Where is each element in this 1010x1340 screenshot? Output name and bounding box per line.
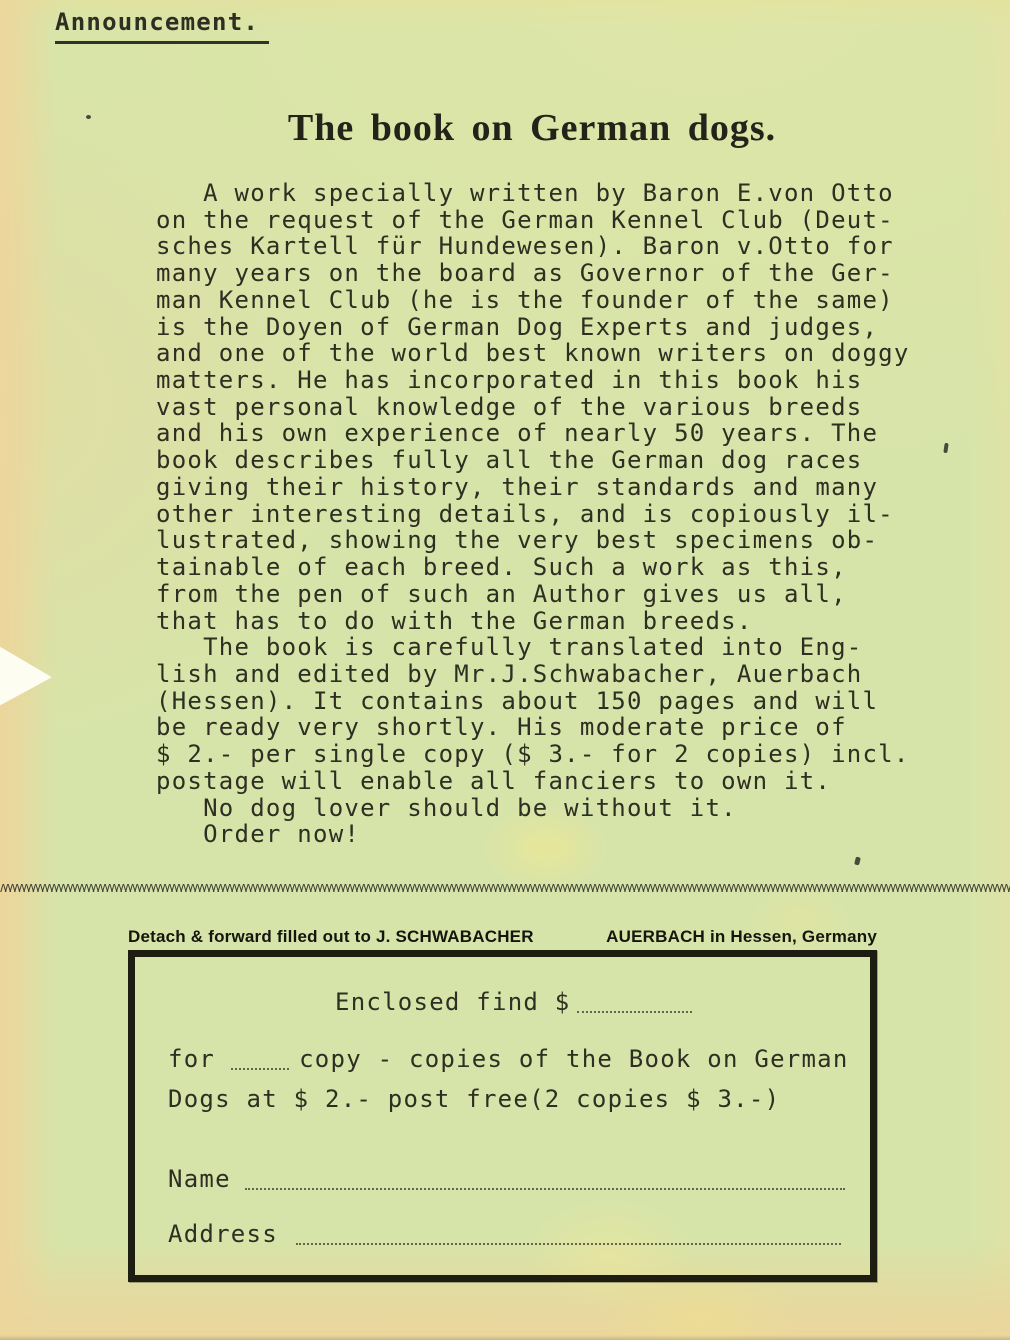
ink-speck [854,857,861,866]
announcement-heading: Announcement. [55,8,269,44]
body-line: is the Doyen of German Dog Experts and j… [156,314,956,341]
order-form: Enclosed find $ forcopy - copies of the … [128,950,877,1282]
body-line: lustrated, showing the very best specime… [156,527,956,554]
copies-line: forcopy - copies of the Book on German [168,1045,849,1073]
enclosed-label: Enclosed find $ [335,988,571,1016]
page-title: The book on German dogs. [156,106,908,150]
body-line: tainable of each breed. Such a work as t… [156,554,956,581]
body-line: (Hessen). It contains about 150 pages an… [156,688,956,715]
for-label: for [168,1045,215,1073]
body-line: vast personal knowledge of the various b… [156,394,956,421]
body-line: other interesting details, and is copiou… [156,501,956,528]
body-line: No dog lover should be without it. [156,795,956,822]
body-line: that has to do with the German breeds. [156,608,956,635]
address-label: Address [168,1220,278,1248]
body-line: matters. He has incorporated in this boo… [156,367,956,394]
announcement-page: Announcement. The book on German dogs. A… [0,0,1010,1340]
detach-note: Detach & forward filled out to J. SCHWAB… [128,927,534,947]
scan-edge-shadow [0,1335,1010,1340]
body-line: Order now! [156,821,956,848]
body-line: be ready very shortly. His moderate pric… [156,714,956,741]
body-line: many years on the board as Governor of t… [156,260,956,287]
body-line: from the pen of such an Author gives us … [156,581,956,608]
publisher-address: AUERBACH in Hessen, Germany [606,927,877,947]
enclosed-line: Enclosed find $ [335,988,692,1016]
name-label: Name [168,1165,231,1193]
body-line: on the request of the German Kennel Club… [156,207,956,234]
name-field[interactable] [245,1188,845,1190]
ink-speck [86,115,91,119]
body-line: lish and edited by Mr.J.Schwabacher, Aue… [156,661,956,688]
paper-tear-mark [0,645,52,707]
body-paragraphs: A work specially written by Baron E.von … [156,180,956,848]
name-line: Name [168,1165,845,1193]
body-line: and one of the world best known writers … [156,340,956,367]
perforation-line: ΛΛΛΛΛΛΛΛΛΛΛΛΛΛΛΛΛΛΛΛΛΛΛΛΛΛΛΛΛΛΛΛΛΛΛΛΛΛΛΛ… [0,882,1010,896]
body-line: and his own experience of nearly 50 year… [156,420,956,447]
price-line: Dogs at $ 2.- post free(2 copies $ 3.-) [168,1085,780,1113]
body-line: $ 2.- per single copy ($ 3.- for 2 copie… [156,741,956,768]
address-line: Address [168,1220,841,1248]
amount-field[interactable] [577,1011,692,1013]
copies-label: copy - copies of the Book on German [299,1045,848,1073]
body-line: The book is carefully translated into En… [156,634,956,661]
body-line: A work specially written by Baron E.von … [156,180,956,207]
copies-field[interactable] [231,1068,289,1070]
body-line: man Kennel Club (he is the founder of th… [156,287,956,314]
address-field[interactable] [296,1243,841,1245]
body-line: giving their history, their standards an… [156,474,956,501]
body-line: sches Kartell für Hundewesen). Baron v.O… [156,233,956,260]
body-line: postage will enable all fanciers to own … [156,768,956,795]
detach-instructions: Detach & forward filled out to J. SCHWAB… [0,927,1010,947]
body-line: book describes fully all the German dog … [156,447,956,474]
